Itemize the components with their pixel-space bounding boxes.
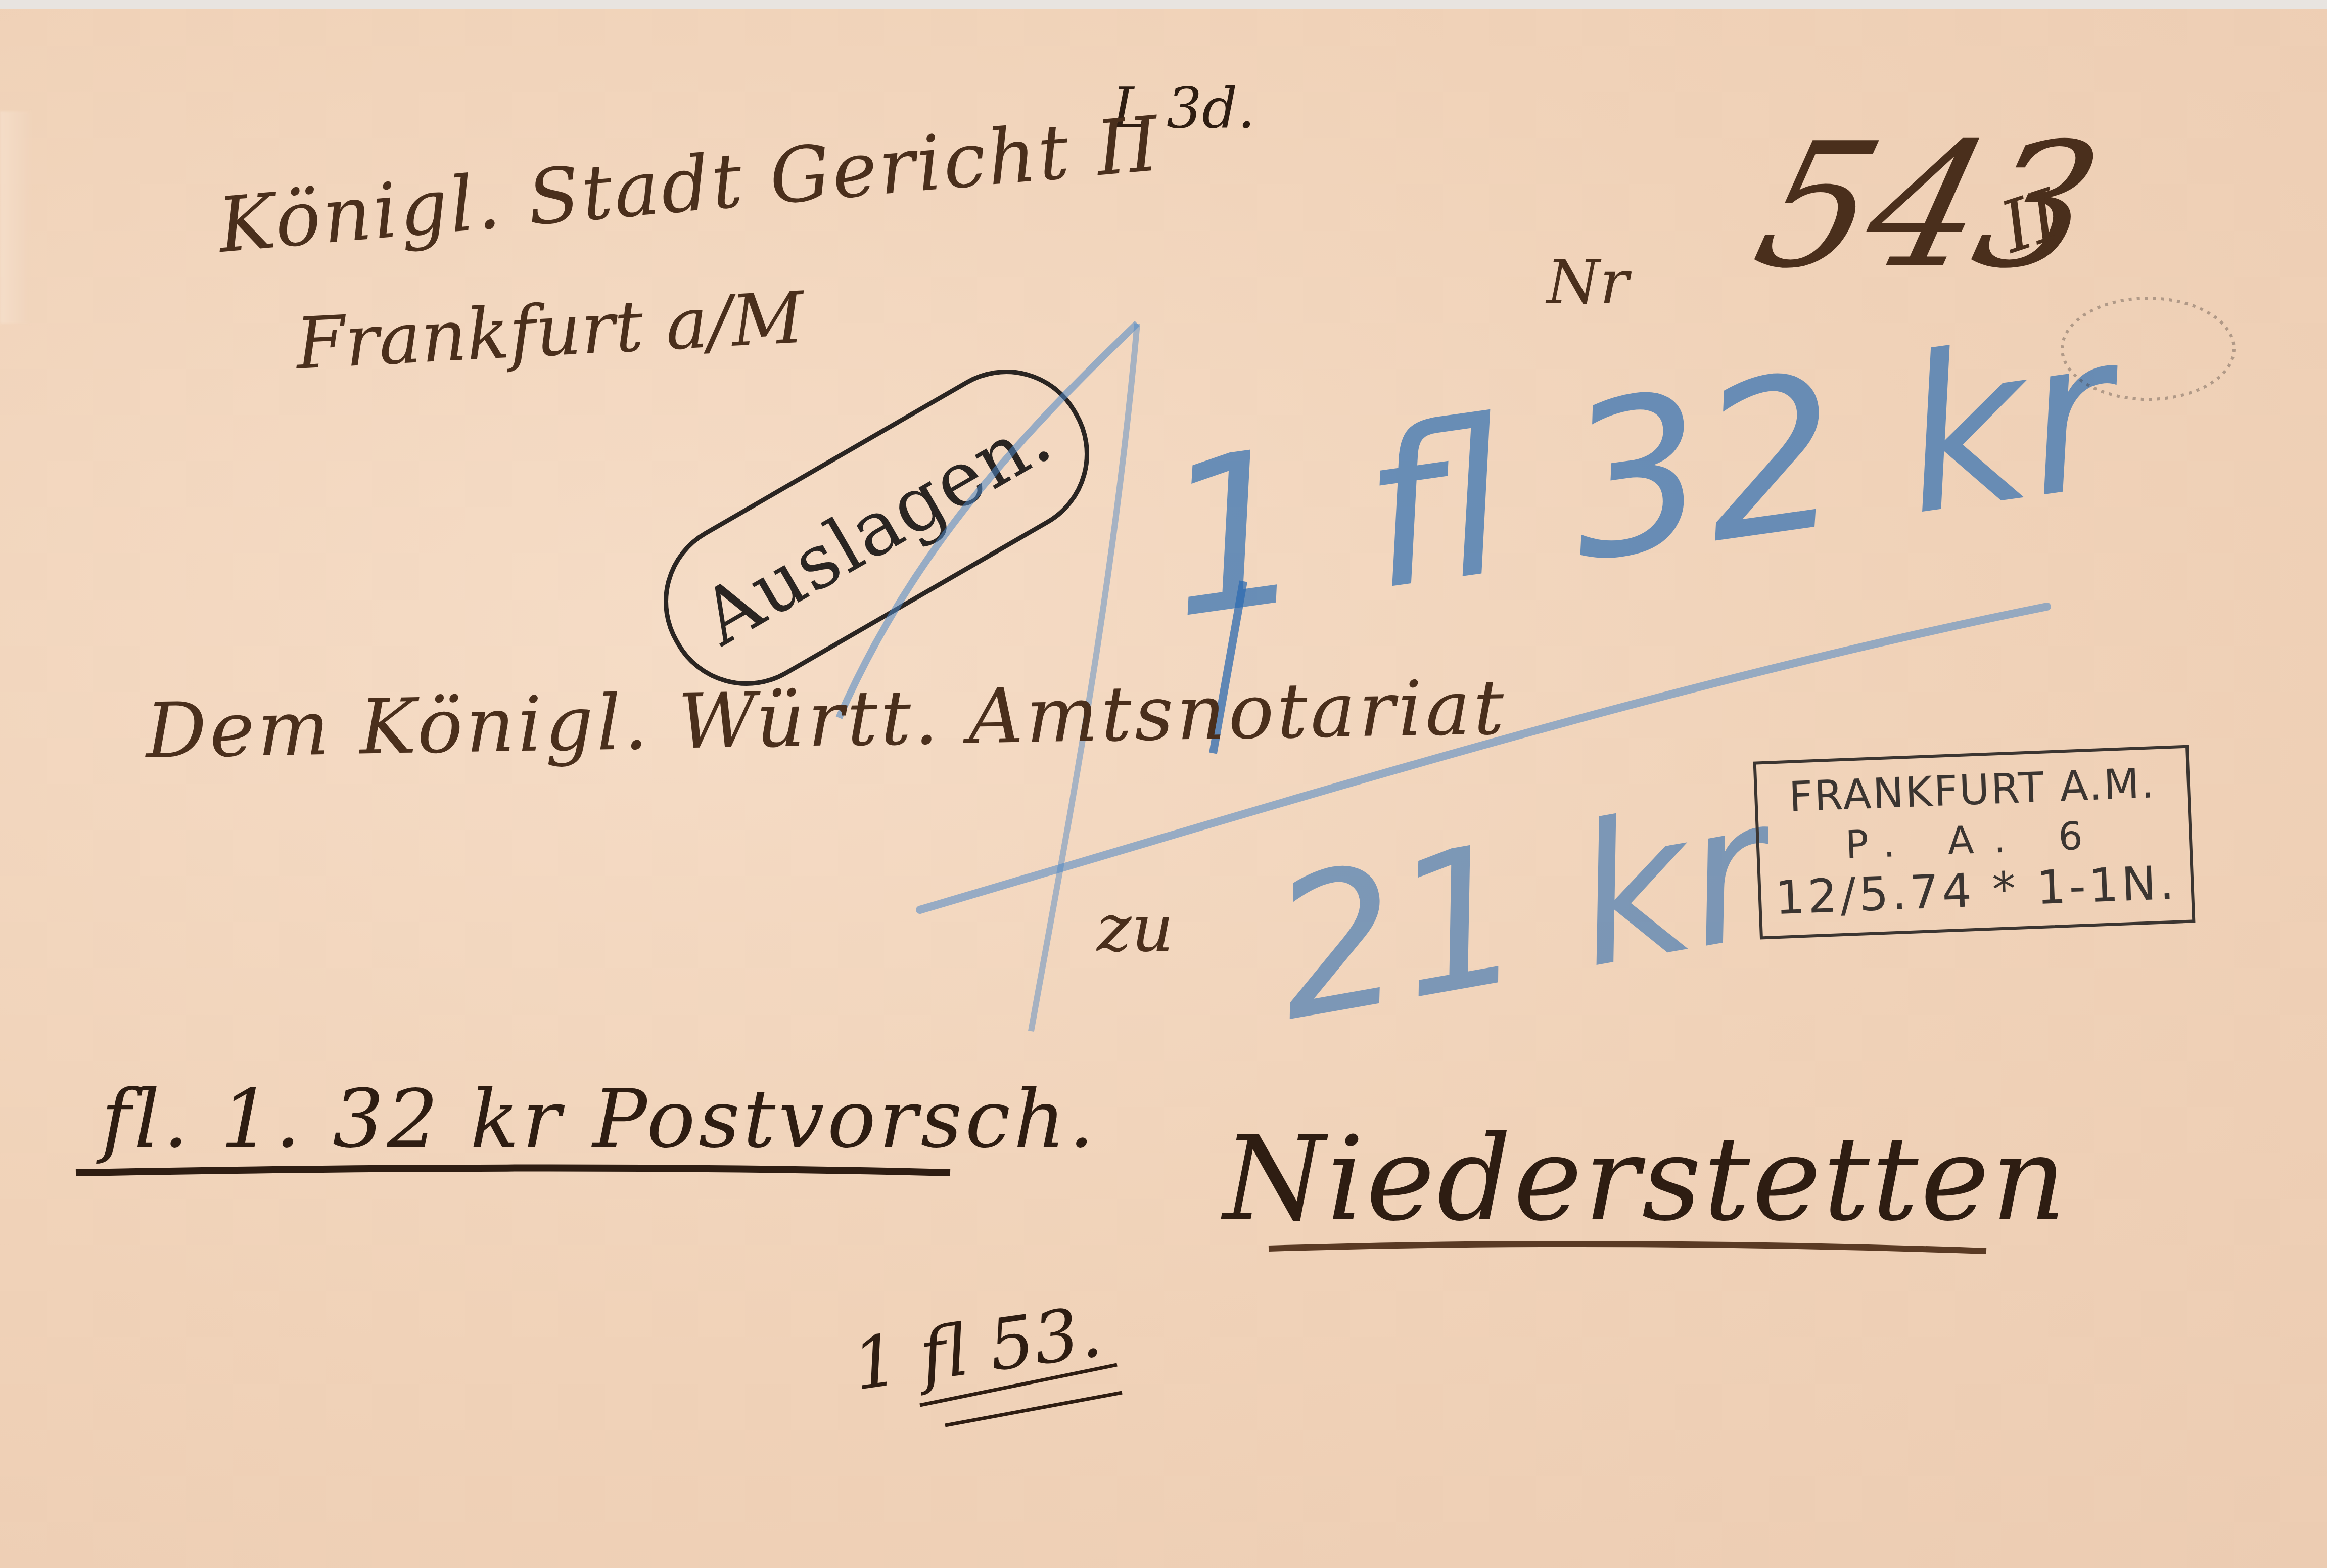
frankfurt-postmark: FRANKFURT A.M. P. A. 6 12/5.74 * 1-1N. bbox=[1753, 745, 2196, 940]
addressee-line-2: zu bbox=[1097, 890, 1174, 966]
postage-note: fl. 1. 32 kr Postvorsch. bbox=[101, 1072, 1097, 1166]
addressee-line-3: Niederstetten bbox=[1223, 1112, 2068, 1247]
